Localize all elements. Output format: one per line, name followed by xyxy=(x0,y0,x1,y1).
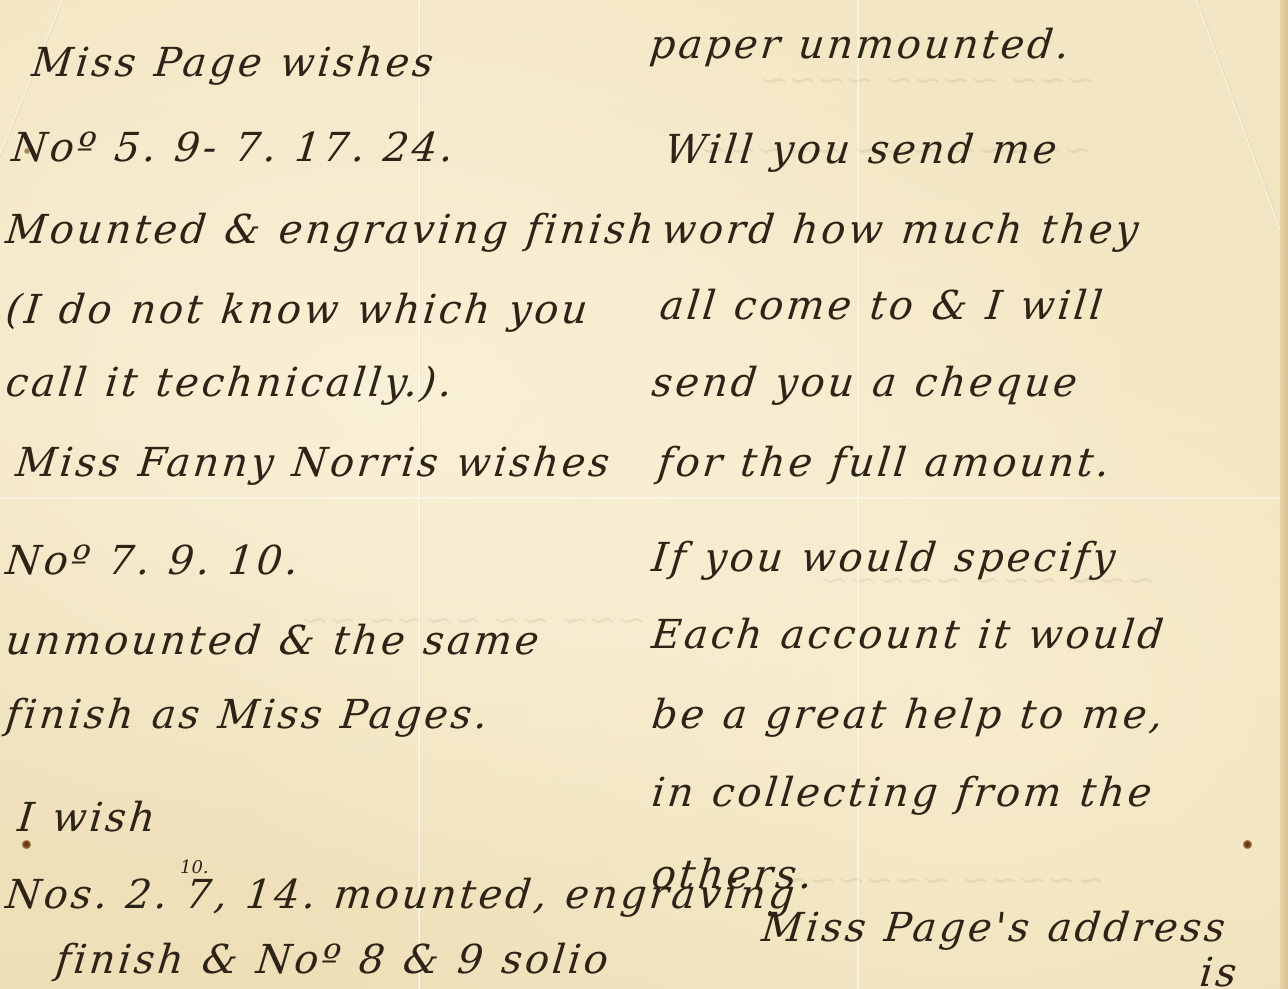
text-line: for the full amount. xyxy=(656,440,1115,486)
text-line: (I do not know which you xyxy=(4,287,593,333)
text-line: Mounted & engraving finish xyxy=(4,207,660,253)
text-line: I wish xyxy=(16,795,161,841)
text-line: finish & Noº 8 & 9 solio xyxy=(54,937,614,983)
text-line: finish as Miss Pages. xyxy=(4,692,493,738)
text-line: Miss Page's address xyxy=(760,905,1231,951)
text-line: Will you send me xyxy=(663,127,1062,173)
text-line: others. xyxy=(650,852,818,898)
text-line: all come to & I will xyxy=(658,283,1108,329)
text-line: Miss Fanny Norris wishes xyxy=(14,440,615,486)
text-line: If you would specify xyxy=(650,535,1121,581)
fold-crease-diagonal xyxy=(1196,0,1288,319)
text-line: Miss Page wishes xyxy=(30,40,439,86)
bleed-through-text: ~~~~~ ~~~~~~ xyxy=(780,860,1104,900)
text-line: Noº 7. 9. 10. xyxy=(4,538,304,584)
text-line: is xyxy=(1198,950,1242,989)
text-line: call it technically.). xyxy=(4,360,458,406)
text-line: send you a cheque xyxy=(650,360,1083,406)
text-line: be a great help to me, xyxy=(650,692,1168,738)
text-line: paper unmounted. xyxy=(648,22,1075,68)
text-line: in collecting from the xyxy=(650,770,1157,816)
text-line: word how much they xyxy=(660,207,1144,253)
letter-page: ~~~ ~~~~ ~~~~ ~~~~~ ~~~ ~~~~~ ~~~ ~~~ ~~… xyxy=(0,0,1288,989)
foxing-spot xyxy=(1243,840,1252,849)
foxing-spot xyxy=(22,840,31,849)
text-line: unmounted & the same xyxy=(4,618,544,664)
text-line: Noº 5. 9- 7. 17. 24. xyxy=(10,125,459,171)
text-line: Each account it would xyxy=(650,612,1169,658)
fold-crease-horizontal xyxy=(0,497,1288,500)
paper-edge xyxy=(1280,0,1288,989)
